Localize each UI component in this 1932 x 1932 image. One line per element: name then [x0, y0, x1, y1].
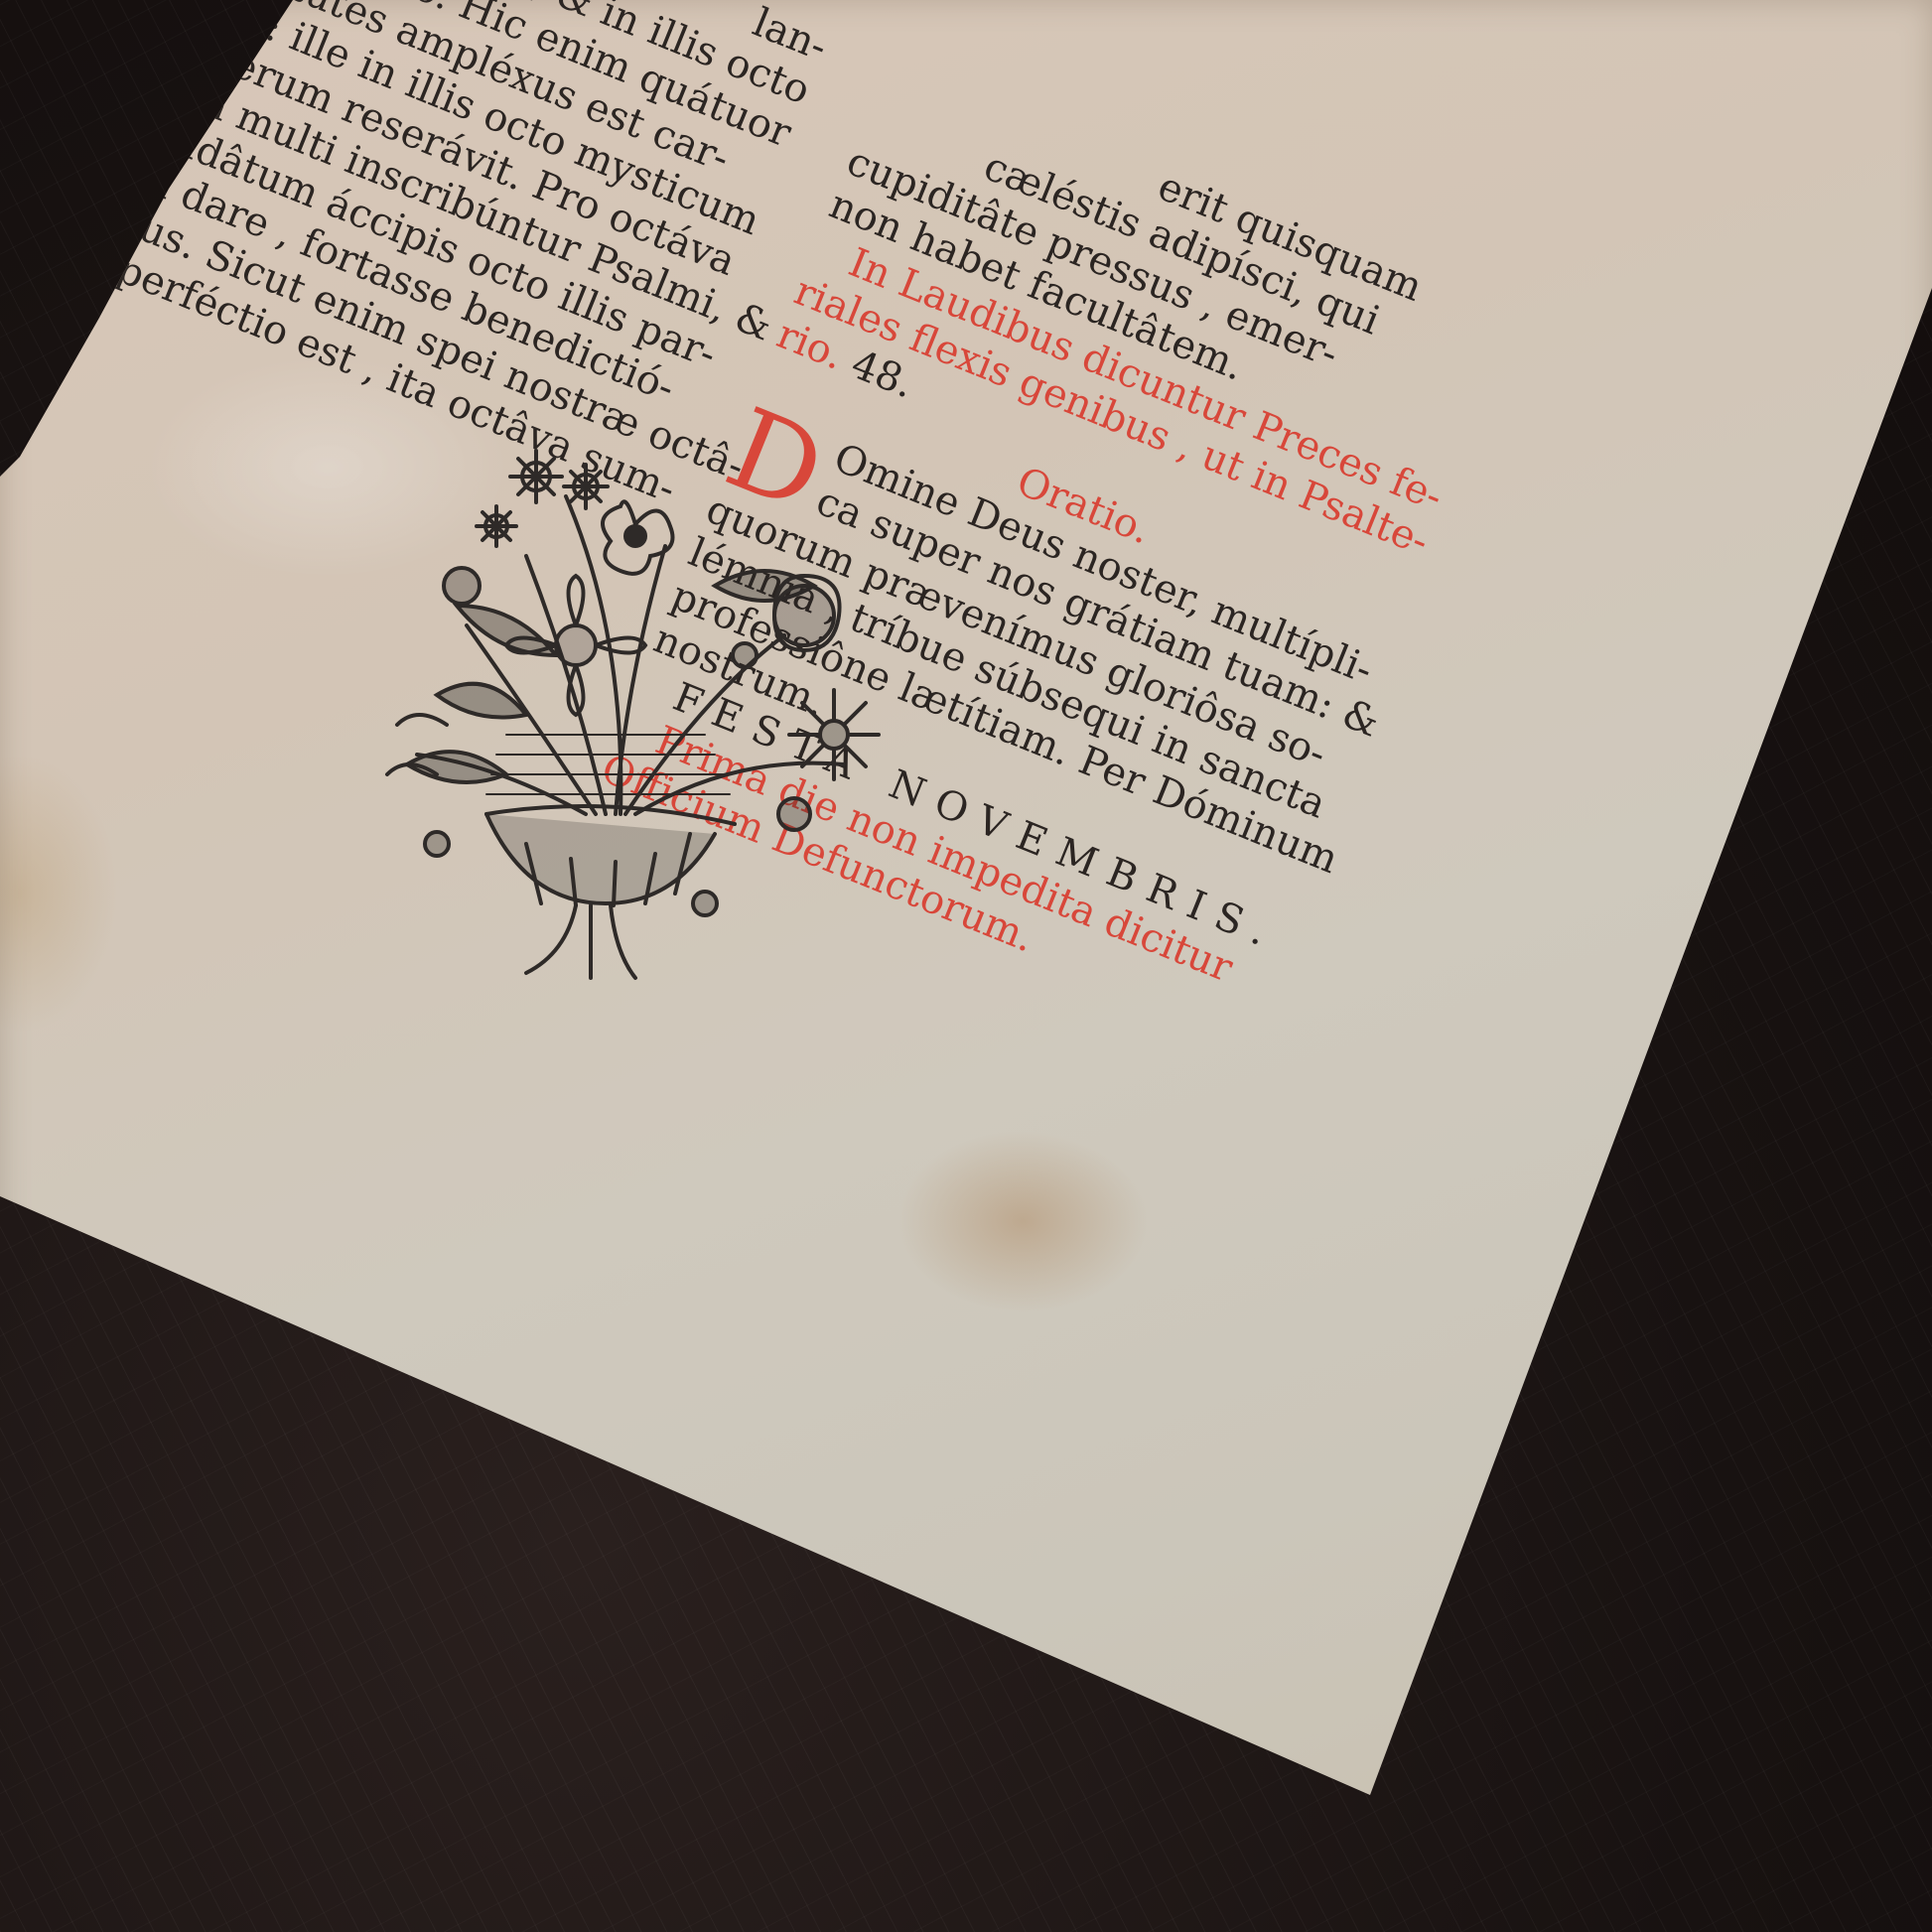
floral-woodcut-icon [377, 437, 933, 993]
